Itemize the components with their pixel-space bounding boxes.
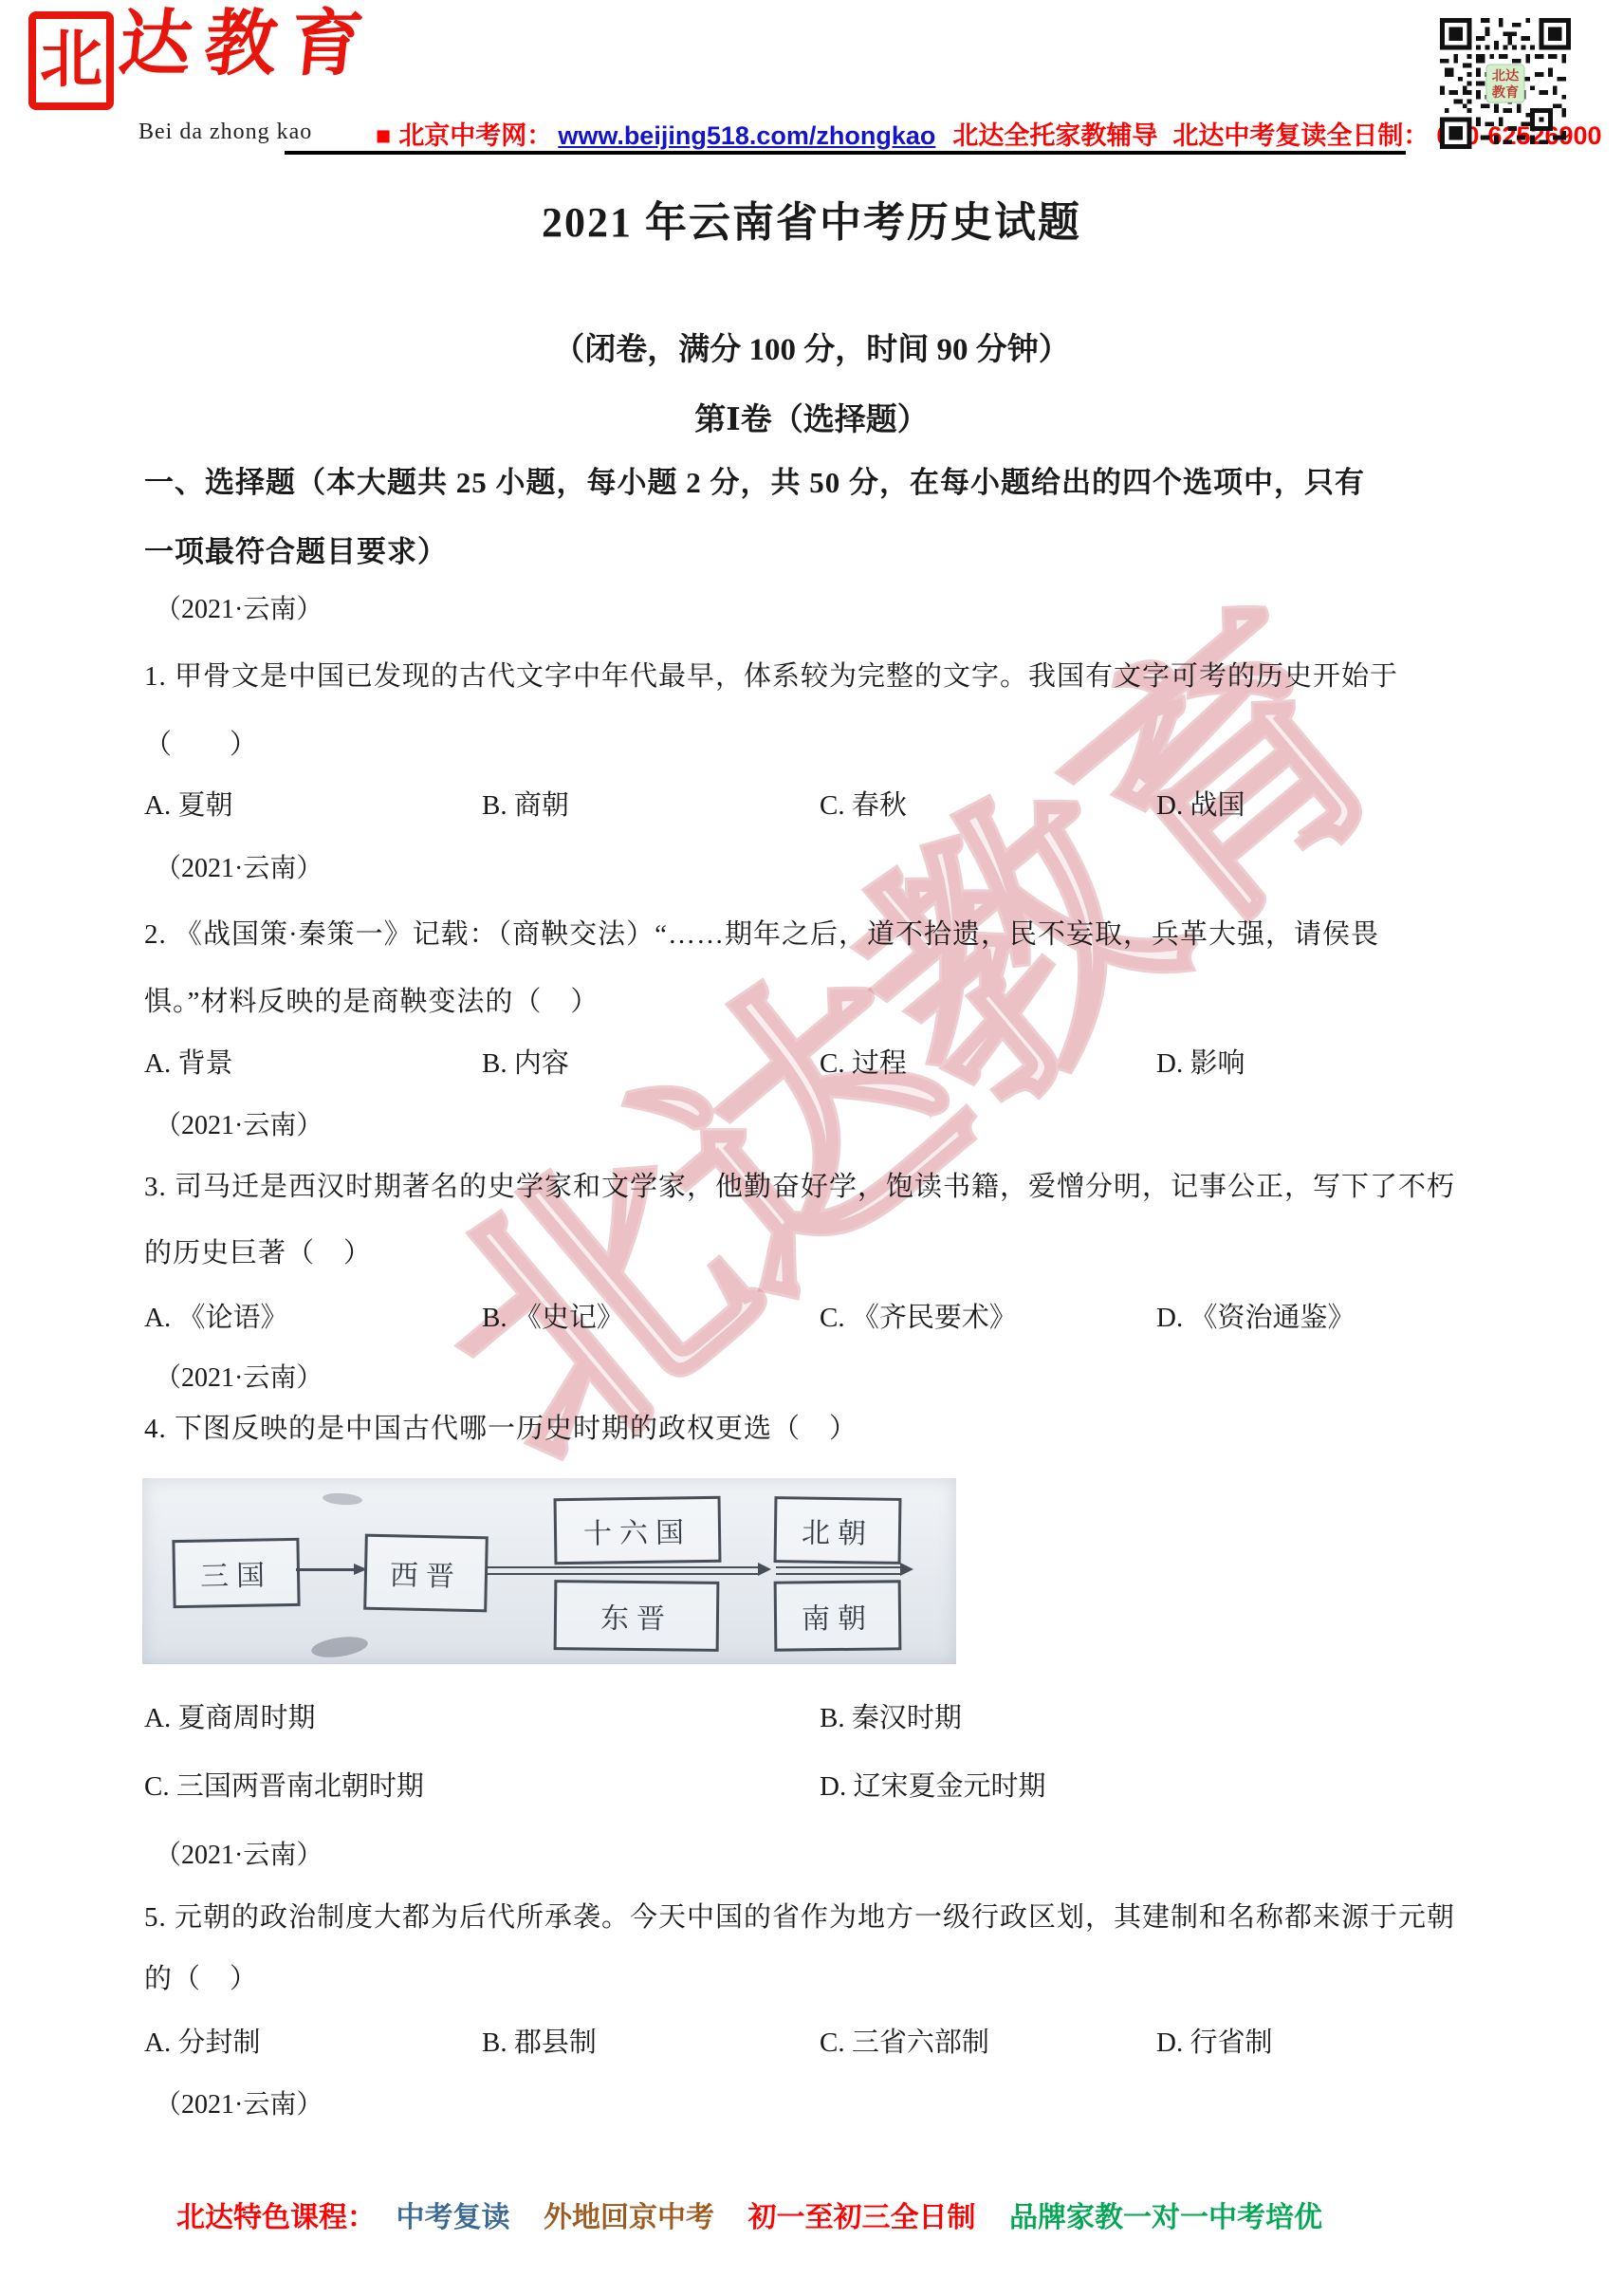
question-1-text: 1. 甲骨文是中国已发现的古代文字中年代最早，体系较为完整的文字。我国有文字可考… xyxy=(144,655,1398,694)
footer-item-quanrizhi: 初一至初三全日制 xyxy=(748,2202,976,2233)
option-c: C. 三省六部制 xyxy=(820,2021,989,2060)
flow-arrow-icon xyxy=(486,1566,759,1575)
question-4-options-row2: C. 三国两晋南北朝时期 D. 辽宋夏金元时期 xyxy=(144,1765,1377,1805)
exam-info: （闭卷，满分 100 分，时间 90 分钟） xyxy=(0,324,1623,369)
logo-script-text: 达教育 xyxy=(115,2,380,88)
option-d: D. 战国 xyxy=(1156,784,1245,823)
question-3-options: A. 《论语》 B. 《史记》 C. 《齐民要术》 D. 《资治通鉴》 xyxy=(144,1296,1377,1336)
source-tag: （2021·云南） xyxy=(155,1834,323,1872)
option-a: A. 《论语》 xyxy=(144,1296,287,1335)
option-b: B. 商朝 xyxy=(482,784,569,823)
source-tag: （2021·云南） xyxy=(155,588,323,626)
footer-item-zhongkao-fudu: 中考复读 xyxy=(397,2202,510,2233)
option-c: C. 春秋 xyxy=(820,784,907,823)
site-url-link[interactable]: www.beijing518.com/zhongkao xyxy=(558,121,935,151)
page-title: 2021 年云南省中考历史试题 xyxy=(0,188,1623,249)
footer-item-waidi-huijing: 外地回京中考 xyxy=(544,2202,714,2233)
diagram-box-western-jin: 西晋 xyxy=(363,1534,489,1613)
qr-badge-text-2: 教育 xyxy=(1492,83,1520,101)
promo-fulltime: 北达中考复读全日制： xyxy=(1172,115,1429,152)
promo-tutoring: 北达全托家教辅导 xyxy=(952,115,1157,152)
logo-pinyin: Bei da zhong kao xyxy=(138,120,312,145)
footer-item-jiajiao-peiyou: 品牌家教一对一中考培优 xyxy=(1009,2202,1322,2233)
diagram-box-sixteen-kingdoms: 十六国 xyxy=(554,1496,722,1565)
question-3-text-line2: 的历史巨著（ ） xyxy=(144,1231,372,1270)
option-c: C. 三国两晋南北朝时期 xyxy=(144,1765,424,1804)
option-c: C. 过程 xyxy=(820,1042,907,1081)
question-4-options-row1: A. 夏商周时期 B. 秦汉时期 xyxy=(144,1696,1377,1736)
option-c: C. 《齐民要术》 xyxy=(820,1296,1017,1335)
part-heading: 第Ⅰ卷（选择题） xyxy=(0,395,1623,439)
bullet-icon: ■ xyxy=(376,121,391,151)
option-a: A. 夏朝 xyxy=(144,784,232,823)
option-b: B. 秦汉时期 xyxy=(820,1696,962,1735)
diagram-box-southern-dynasties: 南朝 xyxy=(774,1580,902,1651)
question-1-answer-blank: （ ） xyxy=(144,723,258,762)
section-heading-line1: 一、选择题（本大题共 25 小题，每小题 2 分，共 50 分，在每小题给出的四… xyxy=(144,458,1365,501)
question-5-text-line1: 5. 元朝的政治制度大都为后代所承袭。今天中国的省作为地方一级行政区划，其建制和… xyxy=(144,1896,1455,1935)
photo-smudge xyxy=(310,1634,369,1660)
question-1-options: A. 夏朝 B. 商朝 C. 春秋 D. 战国 xyxy=(144,784,1377,824)
question-2-options: A. 背景 B. 内容 C. 过程 D. 影响 xyxy=(144,1042,1377,1082)
qr-code: 北达 教育 xyxy=(1440,15,1571,152)
option-b: B. 内容 xyxy=(482,1042,569,1081)
option-a: A. 夏商周时期 xyxy=(144,1696,315,1735)
option-d: D. 行省制 xyxy=(1156,2021,1272,2060)
photo-smudge xyxy=(323,1492,363,1507)
diagram-box-three-kingdoms: 三国 xyxy=(172,1538,300,1608)
footer-promo-bar: 北达特色课程： 中考复读 外地回京中考 初一至初三全日制 品牌家教一对一中考培优 xyxy=(0,2194,1499,2235)
header-info-bar: ■ 北京中考网： www.beijing518.com/zhongkao 北达全… xyxy=(376,115,1602,152)
source-tag: （2021·云南） xyxy=(155,2083,323,2121)
footer-label: 北达特色课程： xyxy=(176,2202,376,2233)
option-a: A. 背景 xyxy=(144,1042,232,1081)
header-divider xyxy=(285,151,1406,155)
question-2-text-line2: 惧。”材料反映的是商鞅变法的（ ） xyxy=(144,980,599,1019)
source-tag: （2021·云南） xyxy=(155,1104,323,1142)
source-tag: （2021·云南） xyxy=(155,847,323,885)
question-4-text: 4. 下图反映的是中国古代哪一历史时期的政权更选（ ） xyxy=(144,1407,858,1446)
section-heading-line2: 一项最符合题目要求） xyxy=(144,528,448,570)
logo-seal-character: 北 xyxy=(40,29,102,92)
question-5-options: A. 分封制 B. 郡县制 C. 三省六部制 D. 行省制 xyxy=(144,2021,1377,2061)
diagram-box-eastern-jin: 东晋 xyxy=(554,1580,720,1652)
qr-badge-text-1: 北达 xyxy=(1492,68,1520,84)
question-3-text-line1: 3. 司马迁是西汉时期著名的史学家和文学家，他勤奋好学，饱读书籍，爱憎分明，记事… xyxy=(144,1165,1455,1204)
option-a: A. 分封制 xyxy=(144,2021,260,2060)
flow-arrow-icon xyxy=(296,1568,355,1571)
flow-arrow-icon xyxy=(776,1566,901,1575)
exam-paper-page: 北达教育 北 达教育 Bei da zhong kao ■ 北京中考网： www… xyxy=(0,0,1623,2296)
qr-center-badge: 北达 教育 xyxy=(1486,65,1524,102)
question-5-text-line2: 的（ ） xyxy=(144,1957,258,1996)
option-d: D. 影响 xyxy=(1156,1042,1245,1081)
diagram-box-northern-dynasties: 北朝 xyxy=(774,1496,902,1565)
dynasty-flowchart-image: 三国 西晋 十六国 东晋 北朝 南朝 xyxy=(142,1478,956,1664)
option-d: D. 《资治通鉴》 xyxy=(1156,1296,1355,1335)
option-b: B. 《史记》 xyxy=(482,1296,624,1335)
question-2-text-line1: 2. 《战国策·秦策一》记载：（商鞅交法）“……期年之后，道不拾遗，民不妄取，兵… xyxy=(144,913,1379,952)
site-label: 北京中考网： xyxy=(398,115,552,152)
source-tag: （2021·云南） xyxy=(155,1357,323,1395)
logo-seal: 北 xyxy=(28,11,114,110)
option-b: B. 郡县制 xyxy=(482,2021,597,2060)
option-d: D. 辽宋夏金元时期 xyxy=(820,1765,1045,1804)
